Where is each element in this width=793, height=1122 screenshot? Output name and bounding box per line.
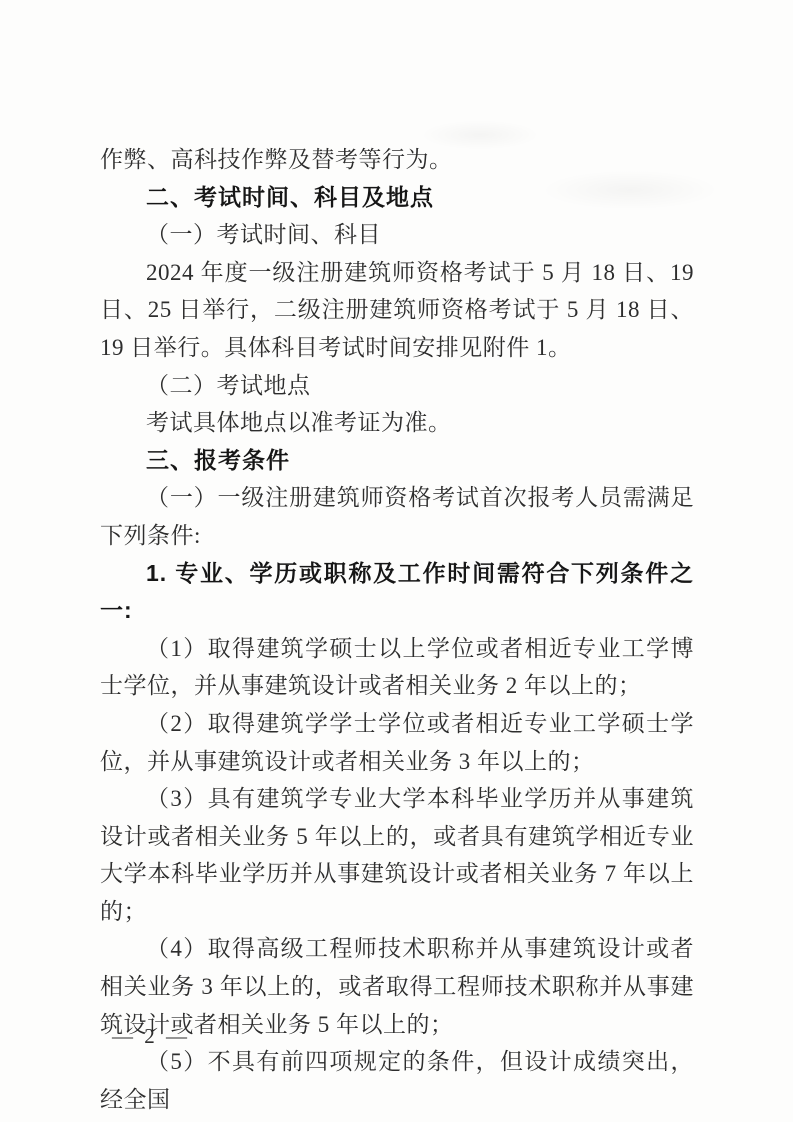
document-page: 作弊、高科技作弊及替考等行为。 二、考试时间、科目及地点 （一）考试时间、科目 … (0, 0, 793, 1122)
condition-item-5: （5）不具有前四项规定的条件，但设计成绩突出，经全国 (100, 1043, 694, 1118)
paragraph-exam-location: 考试具体地点以准考证为准。 (100, 404, 694, 442)
subsection-heading-2-2: （二）考试地点 (100, 367, 694, 405)
section-heading-3: 三、报考条件 (100, 442, 694, 480)
paragraph-continuation: 作弊、高科技作弊及替考等行为。 (100, 141, 694, 179)
condition-heading-1: 1. 专业、学历或职称及工作时间需符合下列条件之一: (100, 555, 694, 630)
condition-item-1: （1）取得建筑学硕士以上学位或者相近专业工学博士学位，并从事建筑设计或者相关业务… (100, 630, 694, 705)
document-body: 作弊、高科技作弊及替考等行为。 二、考试时间、科目及地点 （一）考试时间、科目 … (100, 141, 694, 1118)
subsection-heading-3-1: （一）一级注册建筑师资格考试首次报考人员需满足下列条件: (100, 479, 694, 554)
condition-item-3: （3）具有建筑学专业大学本科毕业学历并从事建筑设计或者相关业务 5 年以上的，或… (100, 780, 694, 930)
page-number: — 2 — (112, 1021, 190, 1051)
paragraph-exam-dates: 2024 年度一级注册建筑师资格考试于 5 月 18 日、19 日、25 日举行… (100, 254, 694, 367)
condition-item-2: （2）取得建筑学学士学位或者相近专业工学硕士学位，并从事建筑设计或者相关业务 3… (100, 705, 694, 780)
section-heading-2: 二、考试时间、科目及地点 (100, 179, 694, 217)
subsection-heading-2-1: （一）考试时间、科目 (100, 216, 694, 254)
